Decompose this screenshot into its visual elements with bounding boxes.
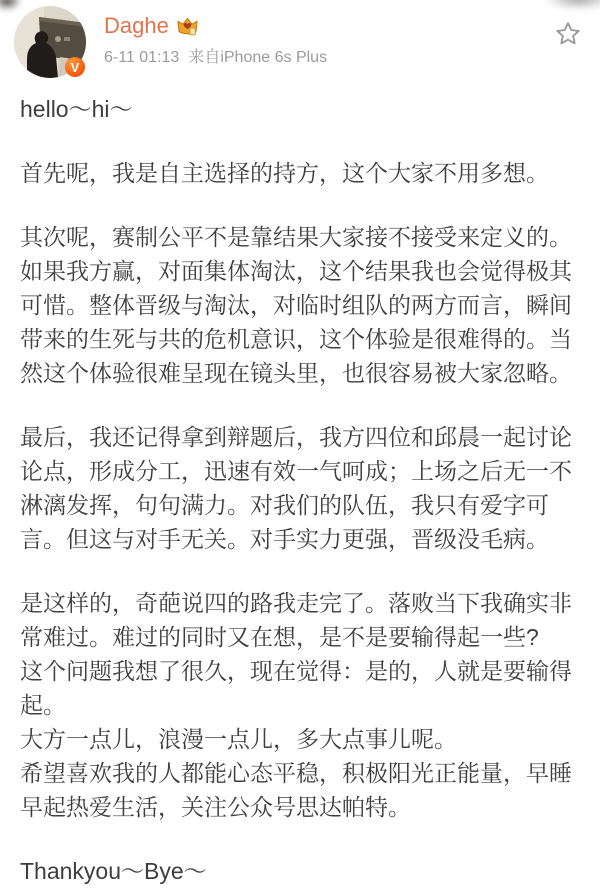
verified-v-badge: V	[65, 57, 85, 77]
post-source: 来自iPhone 6s Plus	[188, 49, 327, 66]
vip-crown-icon	[176, 16, 199, 37]
post-paragraph: 首先呢，我是自主选择的持方，这个大家不用多想。	[20, 156, 580, 190]
favorite-button[interactable]	[551, 17, 585, 51]
favorite-star-icon	[553, 19, 583, 49]
post-header: V Daghe 6-11 01:13来自iPhone 6s Plus	[0, 0, 600, 86]
post-meta: 6-11 01:13来自iPhone 6s Plus	[104, 48, 327, 67]
post-paragraph: 最后，我还记得拿到辩题后，我方四位和邱晨一起讨论论点，形成分工，迅速有效一气呵成…	[20, 420, 580, 556]
avatar[interactable]: V	[14, 6, 86, 78]
post-paragraph: hello～hi～	[20, 92, 580, 126]
username[interactable]: Daghe	[104, 13, 169, 39]
post-body: hello～hi～ 首先呢，我是自主选择的持方，这个大家不用多想。 其次呢，赛制…	[0, 86, 600, 888]
post-paragraph: Thankyou～Bye～	[20, 854, 580, 888]
post-paragraph: 其次呢，赛制公平不是靠结果大家接不接受来定义的。如果我方赢，对面集体淘汰，这个结…	[20, 220, 580, 390]
timestamp: 6-11 01:13	[104, 49, 179, 66]
post-paragraph: 是这样的，奇葩说四的路我走完了。落败当下我确实非常难过。难过的同时又在想，是不是…	[20, 586, 580, 824]
user-info: Daghe 6-11 01:13来自iPhone 6s Plus	[104, 13, 327, 67]
